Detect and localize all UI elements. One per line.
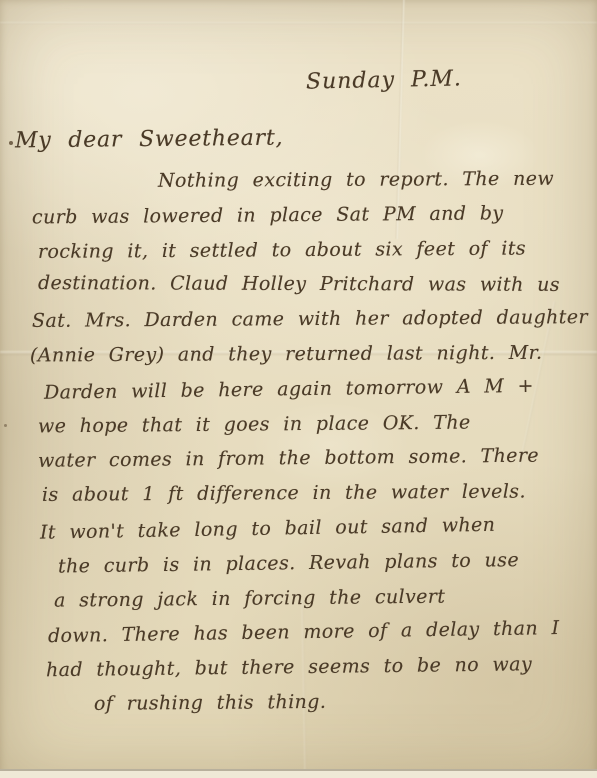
ink-speck xyxy=(4,424,7,427)
handwritten-line: Sat. Mrs. Darden came with her adopted d… xyxy=(30,300,587,339)
letter-body: Nothing exciting to report. The new curb… xyxy=(30,163,587,720)
handwritten-line: destination. Claud Holley Pritchard was … xyxy=(30,266,587,303)
handwritten-line: of rushing this thing. xyxy=(30,683,587,723)
paper-crease-top xyxy=(0,22,597,24)
scan-edge xyxy=(0,769,597,778)
letter-scan: Sunday P.M. My dear Sweetheart, Nothing … xyxy=(0,0,597,778)
letter-dateline: Sunday P.M. xyxy=(306,66,462,94)
handwritten-line: rocking it, it settled to about six feet… xyxy=(30,231,587,270)
handwritten-line: water comes in from the bottom some. The… xyxy=(30,438,587,479)
handwritten-line: curb was lowered in place Sat PM and by xyxy=(30,195,587,235)
ink-speck xyxy=(9,141,13,145)
handwritten-line: we hope that it goes in place OK. The xyxy=(30,404,587,444)
handwritten-line: Nothing exciting to report. The new xyxy=(30,162,587,200)
handwritten-line: (Annie Grey) and they returned last nigh… xyxy=(30,336,587,374)
handwritten-line: Darden will be here again tomorrow A M + xyxy=(30,368,587,411)
handwritten-line: had thought, but there seems to be no wa… xyxy=(30,647,587,689)
letter-salutation: My dear Sweetheart, xyxy=(15,126,284,154)
